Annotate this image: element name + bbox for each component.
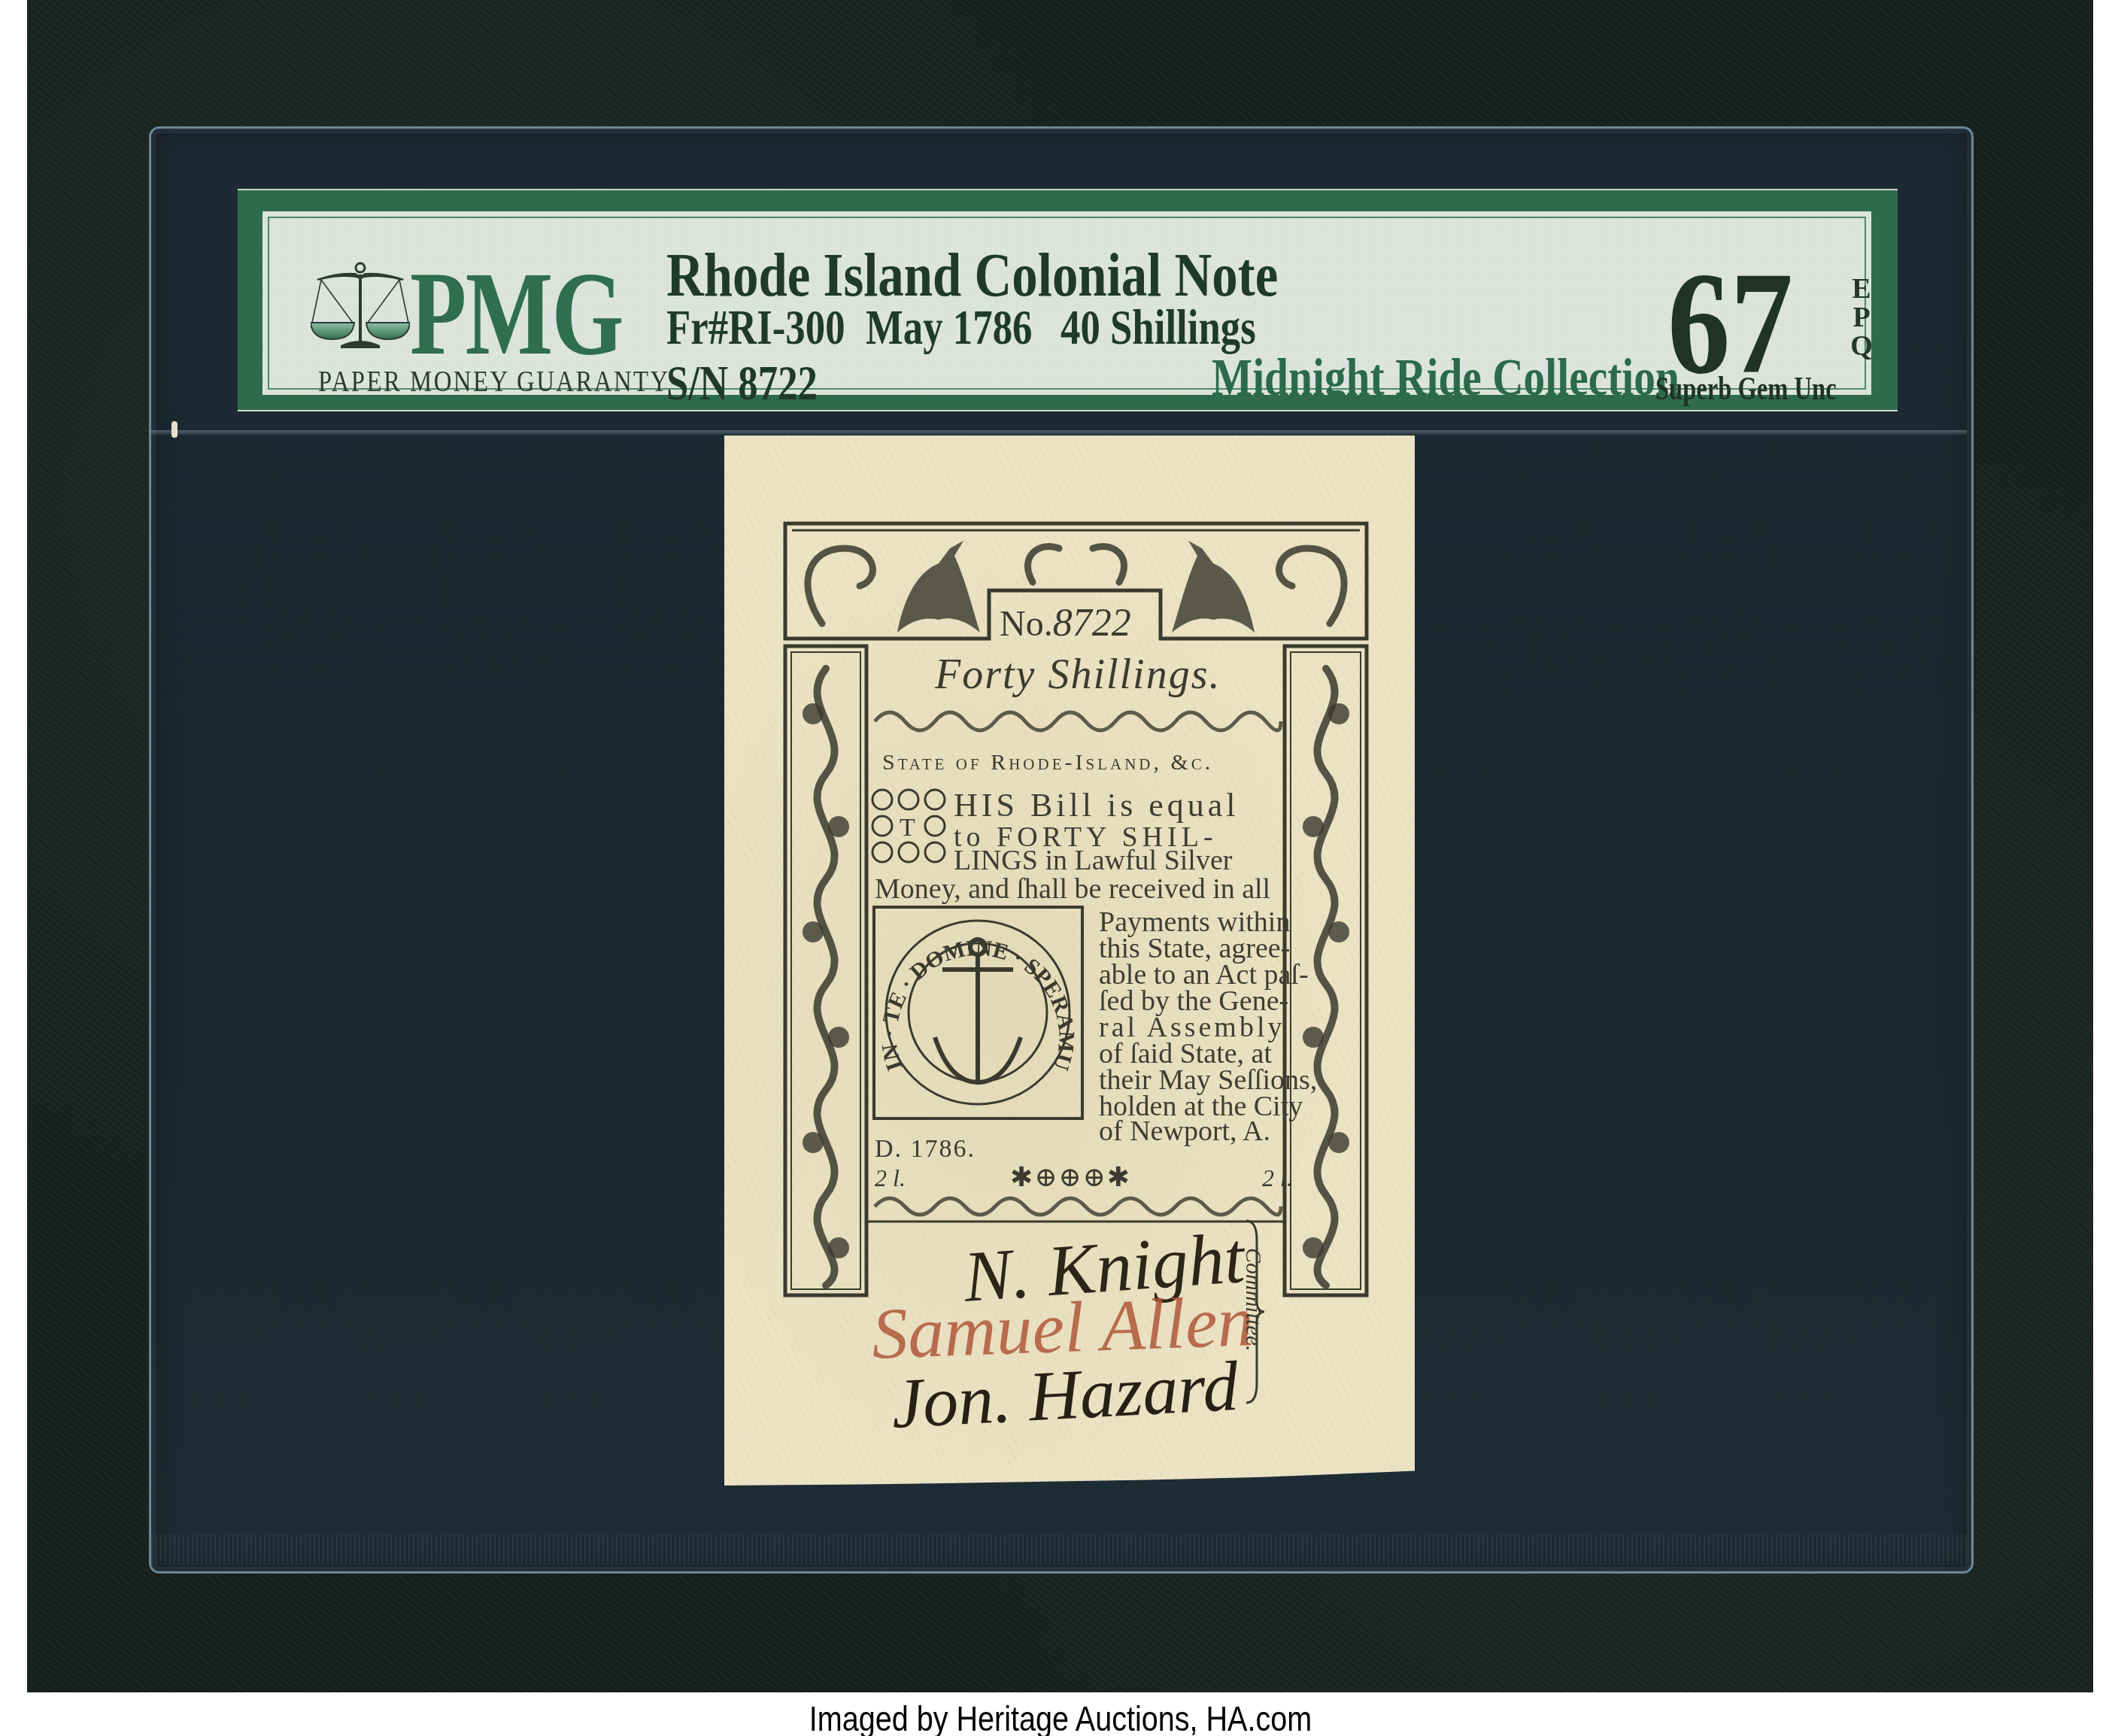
holder-seam-notch bbox=[171, 421, 178, 438]
denomination: 40 Shillings bbox=[1060, 303, 1256, 353]
body-line: HIS Bill is equal bbox=[954, 789, 1240, 822]
image-credit-caption: Imaged by Heritage Auctions, HA.com bbox=[148, 1701, 1972, 1736]
colonial-banknote: T IN · TE · DOMINE · SPERAMUS No.8722 Fo… bbox=[724, 436, 1415, 1486]
initial-letter: T bbox=[900, 814, 915, 842]
serial-prefix: No. bbox=[1000, 604, 1053, 644]
note-serial: No.8722 bbox=[1000, 604, 1131, 643]
value-right: 2 l. bbox=[1262, 1164, 1293, 1192]
scales-of-justice-icon bbox=[311, 261, 410, 353]
grading-label-panel: PMG PAPER MONEY GUARANTY Rhode Island Co… bbox=[262, 211, 1871, 395]
pedigree-collection: Midnight Ride Collection bbox=[1212, 352, 1680, 405]
value-ornament: ✱⊕⊕⊕✱ bbox=[1010, 1161, 1131, 1193]
note-state-line: State of Rhode-Island, &c. bbox=[882, 750, 1213, 775]
note-date: D. 1786. bbox=[875, 1135, 976, 1164]
holder-seal-seam bbox=[151, 430, 1967, 435]
body-line: LINGS in Lawful Silver bbox=[954, 846, 1232, 875]
holder-bottom-edge bbox=[151, 1534, 1967, 1565]
grade-qualifier-epq: EPQ bbox=[1846, 275, 1877, 360]
note-title: Rhode Island Colonial Note bbox=[666, 244, 1278, 306]
catalog-number: Fr#RI-300 bbox=[666, 303, 845, 353]
note-denomination: Forty Shillings. bbox=[935, 654, 1221, 696]
serial-number: S/N 8722 bbox=[666, 359, 818, 408]
value-left: 2 l. bbox=[875, 1164, 906, 1192]
serial-handwritten: 8722 bbox=[1053, 602, 1131, 645]
body-line: of Newport, A. bbox=[1099, 1117, 1270, 1146]
pmg-logo: PMG bbox=[410, 255, 623, 374]
grade-description: Superb Gem Unc bbox=[1655, 372, 1837, 405]
committee-label: Committee. bbox=[1240, 1248, 1266, 1351]
grading-label: PMG PAPER MONEY GUARANTY Rhode Island Co… bbox=[238, 190, 1898, 410]
issue-date: May 1786 bbox=[866, 303, 1032, 353]
body-line: Money, and ſhall be received in all bbox=[875, 875, 1270, 903]
brand-tagline: PAPER MONEY GUARANTY bbox=[318, 366, 670, 396]
